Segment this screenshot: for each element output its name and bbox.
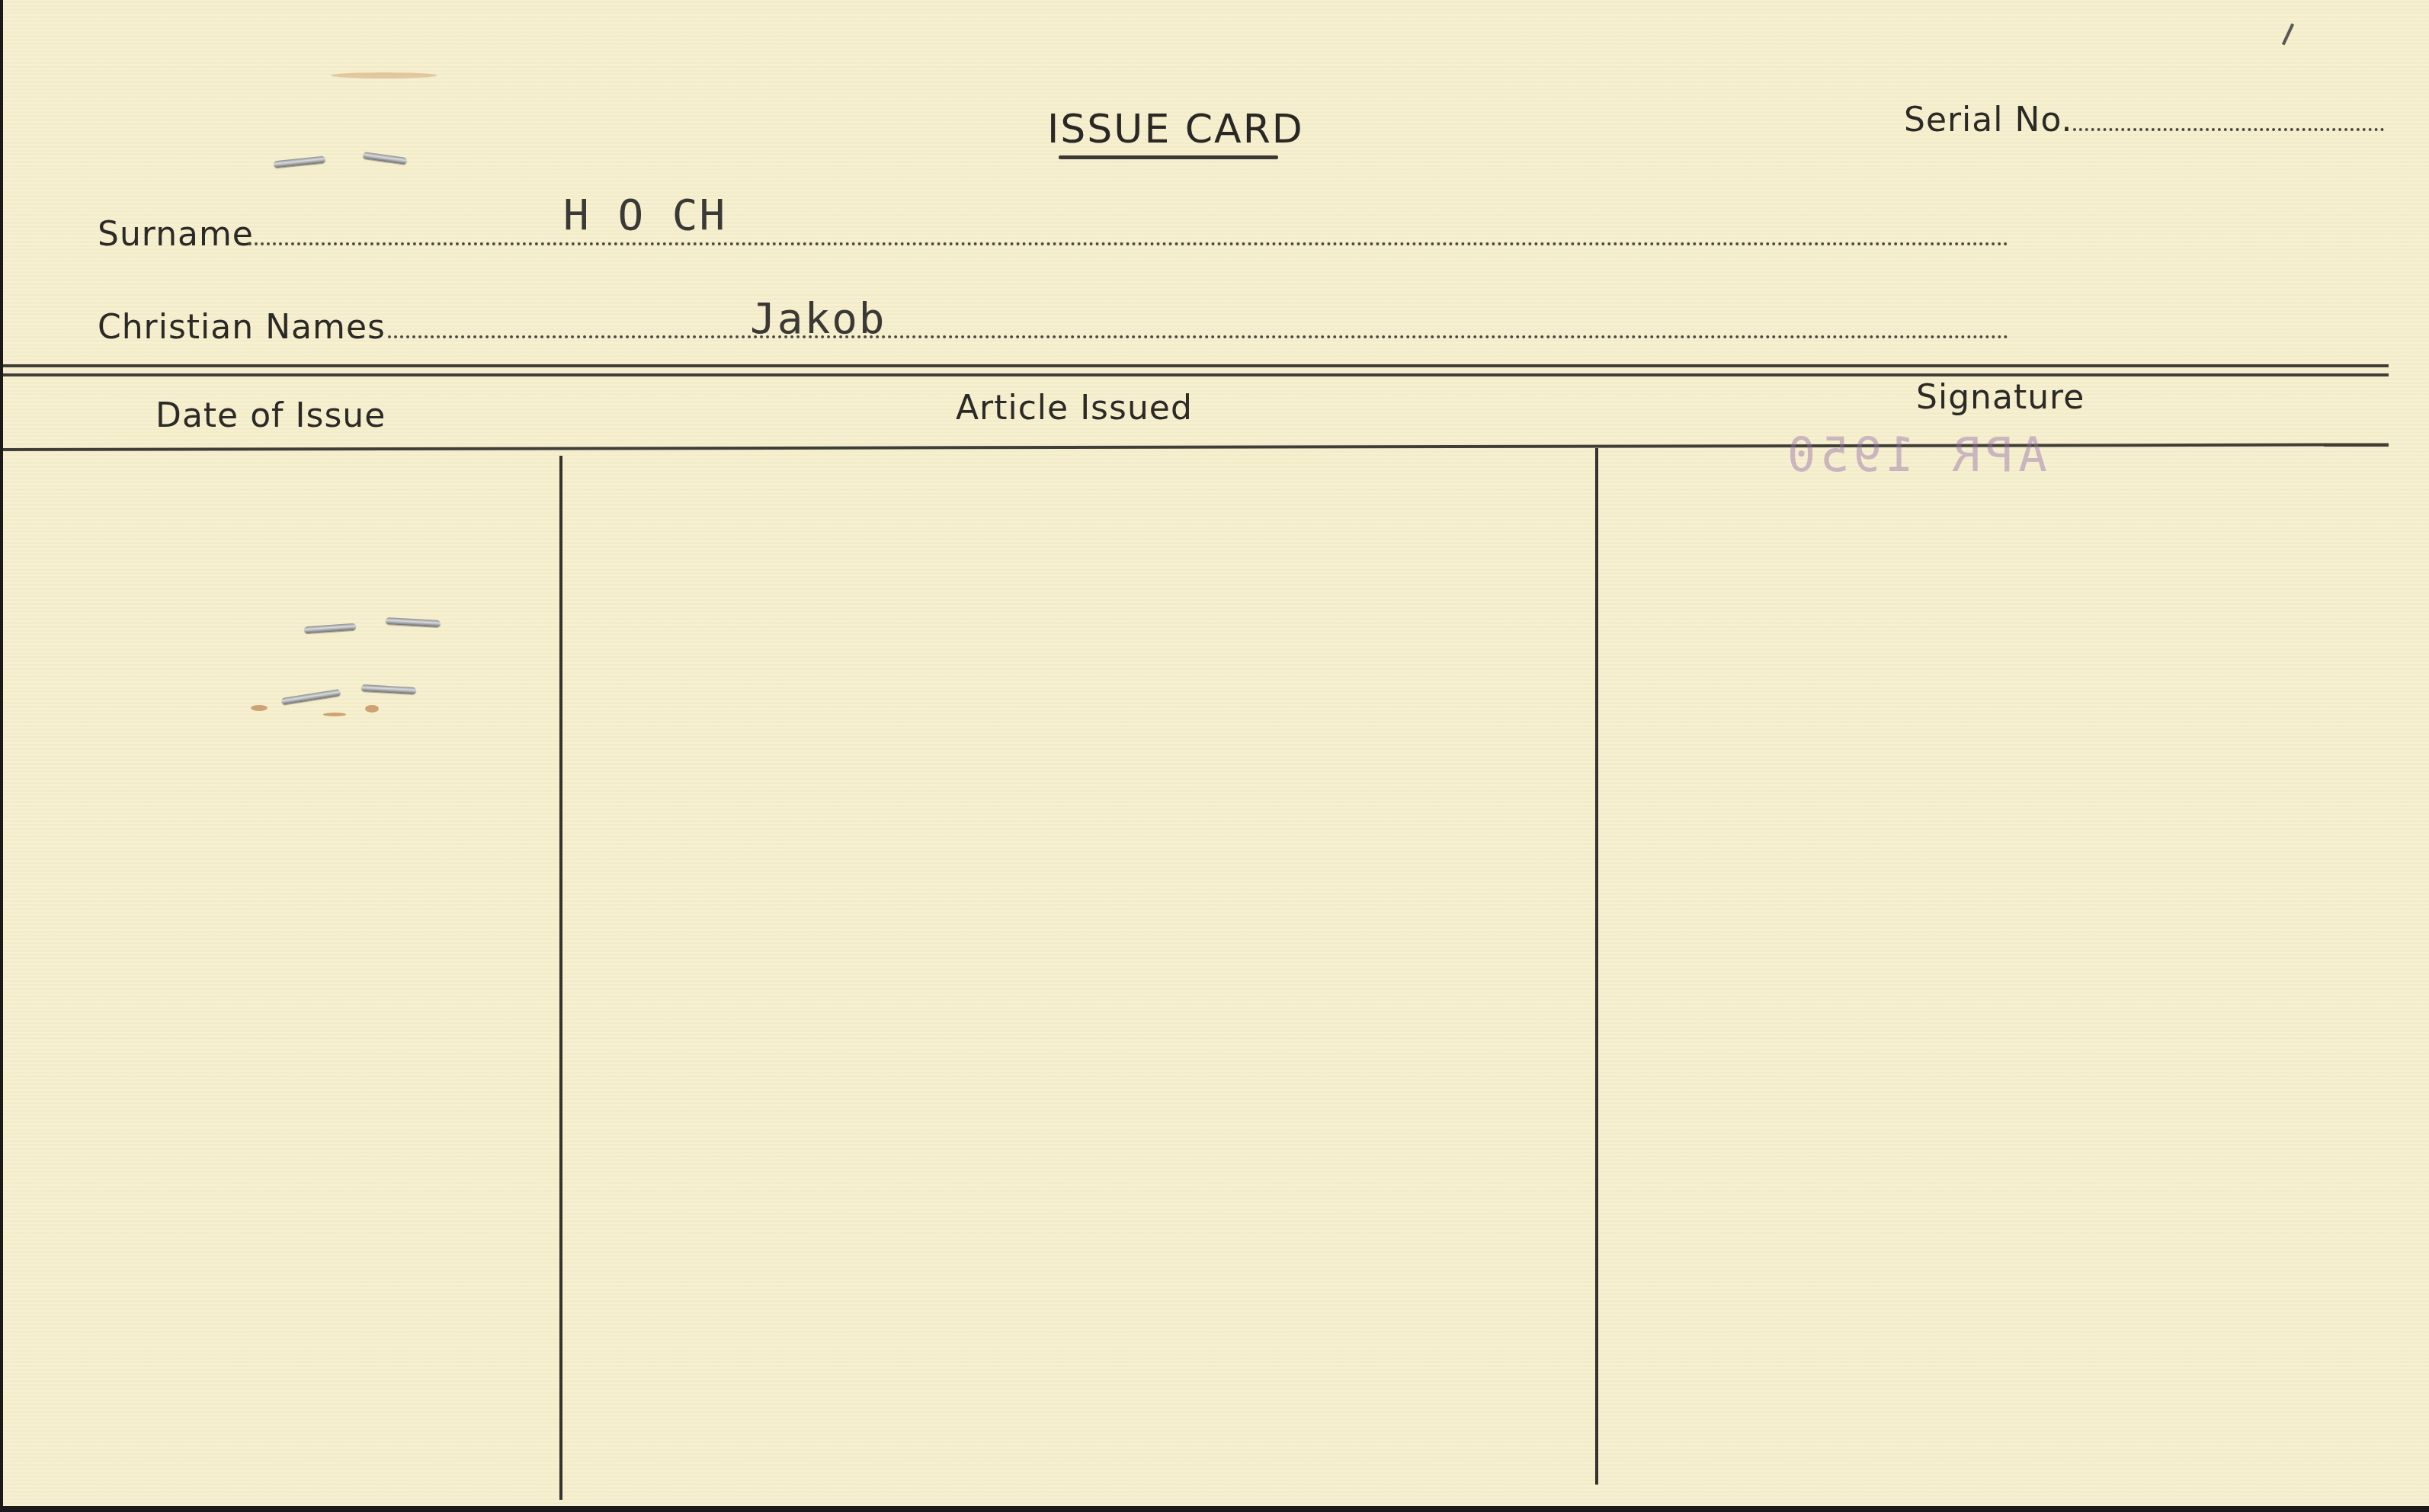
serial-label: Serial No. <box>1904 101 2073 139</box>
column-header-signature: Signature <box>1916 378 2085 417</box>
christian-names-label: Christian Names <box>98 308 386 347</box>
surname-value: H O CH <box>563 191 726 240</box>
card-title: ISSUE CARD <box>1047 107 1304 152</box>
article-column-cell[interactable] <box>564 457 1593 1501</box>
surname-label: Surname <box>98 215 254 254</box>
serial-field[interactable] <box>2073 128 2384 131</box>
column-header-article: Article Issued <box>956 389 1193 428</box>
double-rule-bottom <box>3 373 2389 376</box>
staple <box>363 152 408 165</box>
rust-stain <box>365 705 379 713</box>
issue-card: ISSUE CARD Serial No. Surname H O CH Chr… <box>3 0 2429 1506</box>
rust-stain <box>331 72 437 78</box>
column-divider-1 <box>559 456 562 1500</box>
column-header-date: Date of Issue <box>155 396 386 435</box>
staple <box>274 155 326 168</box>
pencil-mark <box>2282 24 2294 46</box>
rust-stain <box>251 705 268 711</box>
title-underline <box>1059 155 1278 159</box>
rust-stain <box>323 713 346 716</box>
christian-names-field[interactable] <box>388 335 2009 338</box>
date-column-cell[interactable] <box>3 457 558 1501</box>
column-divider-2 <box>1595 448 1598 1485</box>
signature-column-cell[interactable] <box>1600 457 2389 1501</box>
surname-field[interactable] <box>248 242 2009 245</box>
double-rule-top <box>3 364 2389 367</box>
christian-names-value: Jakob <box>750 294 886 344</box>
